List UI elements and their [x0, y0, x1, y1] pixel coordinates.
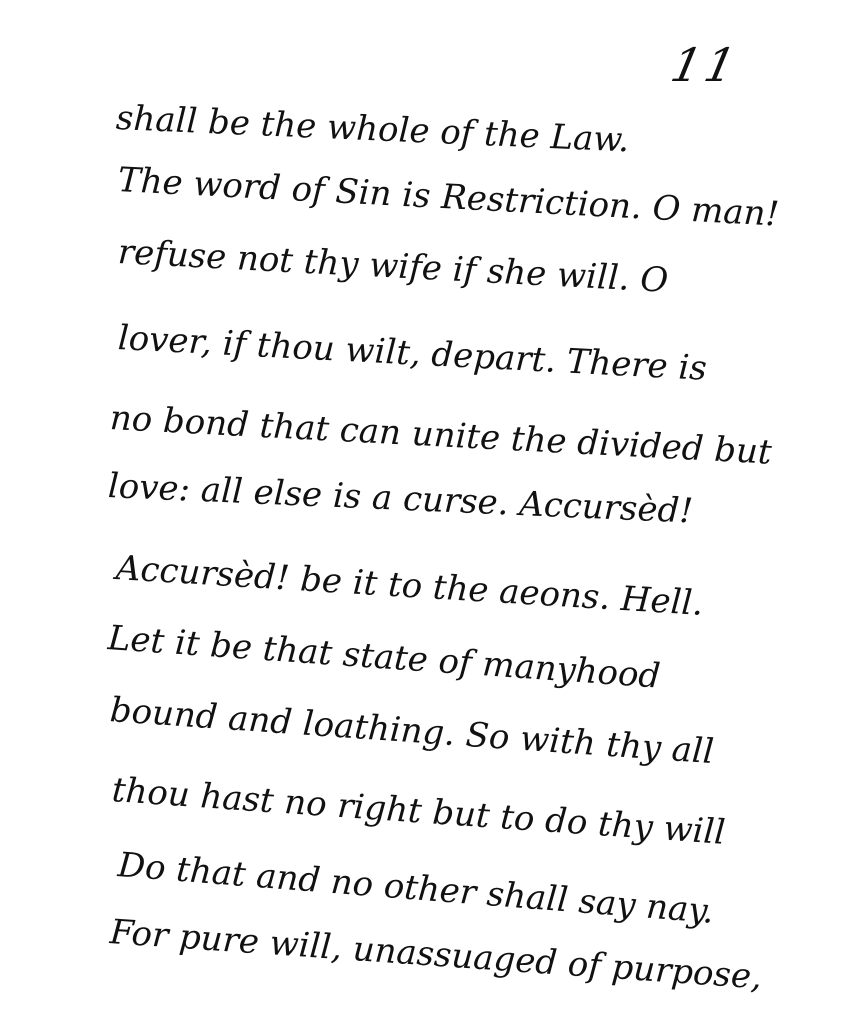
manuscript-line: love: all else is a curse. Accursèd! [107, 466, 694, 532]
manuscript-line: Let it be that state of manyhood [107, 618, 662, 697]
manuscript-line: Accursèd! be it to the aeons. Hell. [115, 548, 705, 624]
manuscript-line: bound and loathing. So with thy all [109, 690, 716, 772]
manuscript-line: refuse not thy wife if she will. O [117, 232, 669, 301]
manuscript-line: thou hast no right but to do thy will [111, 770, 727, 853]
manuscript-page: 11 shall be the whole of the Law. The wo… [0, 0, 857, 1024]
manuscript-line: The word of Sin is Restriction. O man! [117, 160, 780, 235]
manuscript-line: lover, if thou wilt, depart. There is [117, 318, 708, 389]
page-number: 11 [666, 38, 744, 92]
manuscript-line: no bond that can unite the divided but [109, 398, 773, 473]
manuscript-line: shall be the whole of the Law. [115, 98, 630, 160]
